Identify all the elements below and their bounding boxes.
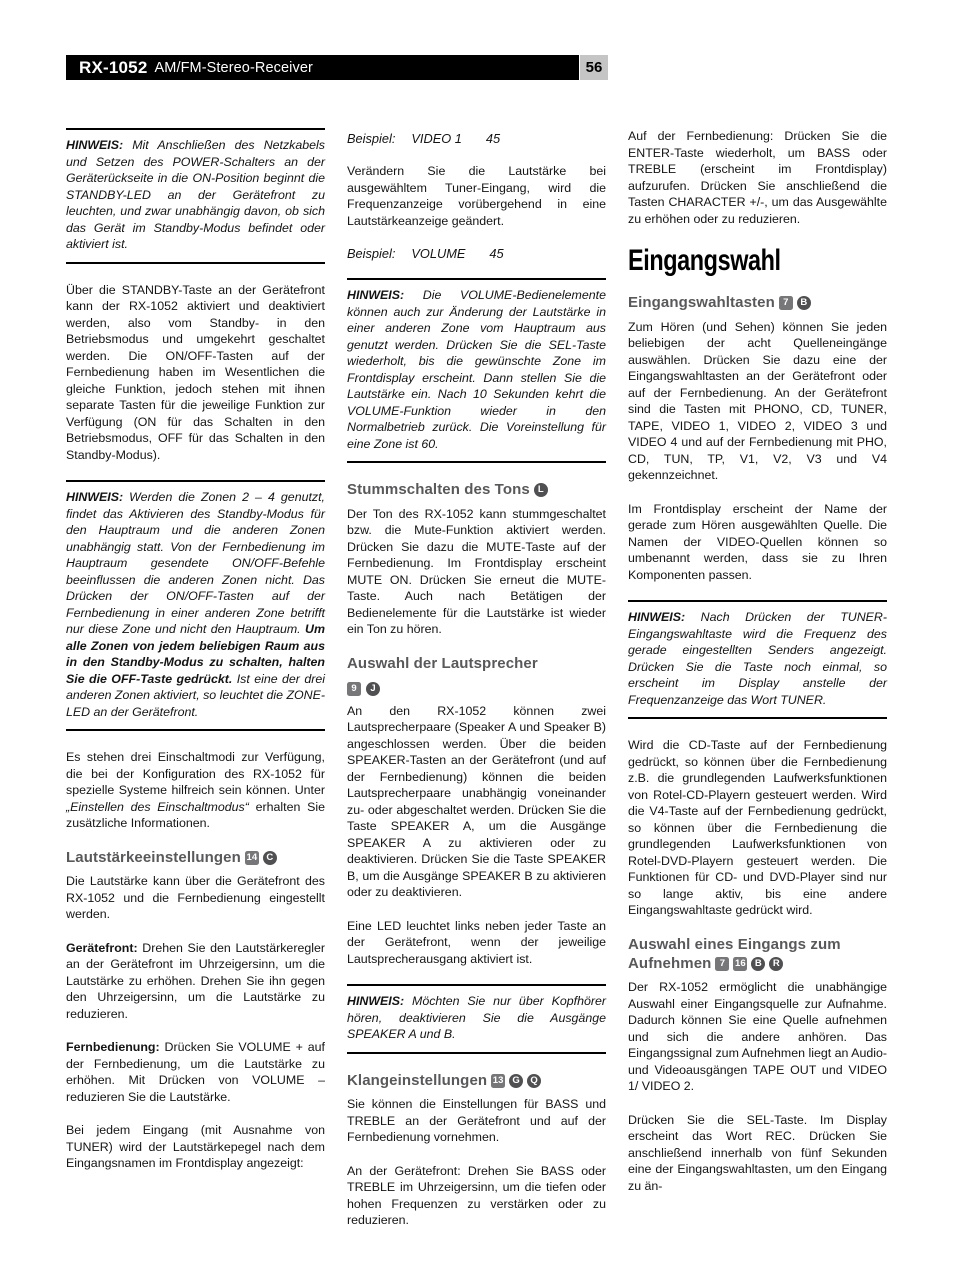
section-heading-text: Stummschalten des Tons (347, 481, 530, 498)
example-value: VOLUME (411, 246, 465, 261)
column-3: Auf der Fernbedienung: Drücken Sie die E… (628, 128, 887, 1246)
text-segment: An der Gerätefront: Drehen Sie BASS oder… (347, 1164, 606, 1228)
header-bar: RX-1052 AM/FM-Stereo-Receiver (66, 55, 579, 80)
chapter-heading: Eingangswahl (628, 244, 887, 278)
text-segment: Bei jedem Eingang (mit Ausnahme von TUNE… (66, 1123, 325, 1170)
paragraph: Sie können die Einstellungen für BASS un… (347, 1096, 606, 1146)
text-segment: Eine LED leuchtet links neben jeder Tast… (347, 919, 606, 966)
example-line: Beispiel:VOLUME45 (347, 246, 606, 261)
model-name: RX-1052 (79, 58, 148, 78)
text-segment: Gerätefront: (66, 941, 142, 955)
paragraph: An den RX-1052 können zwei Lautsprecherp… (347, 703, 606, 901)
paragraph: Bei jedem Eingang (mit Ausnahme von TUNE… (66, 1122, 325, 1172)
section-heading-text: Eingangswahltasten (628, 294, 775, 311)
text-segment: „Einstellen des Einschaltmodus“ (66, 800, 249, 814)
text-segment: Nach Drücken der TUNER-Eingangswahltaste… (628, 610, 887, 707)
hinweis-note: HINWEIS: Mit Anschließen des Netzkabels … (66, 128, 325, 264)
remote-button-badge: L (534, 483, 548, 497)
front-panel-button-badge: 7 (779, 296, 793, 310)
section-heading: Klangeinstellungen13GQ (347, 1072, 606, 1091)
example-number: 45 (489, 246, 503, 261)
section-heading-text: Auswahl der Lautsprecher (347, 655, 538, 672)
paragraph: Die Lautstärke kann über die Gerätefront… (66, 873, 325, 923)
text-segment: Die Lautstärke kann über die Gerätefront… (66, 874, 325, 921)
text-segment: Fernbedienung: (66, 1040, 165, 1054)
text-segment: HINWEIS: (628, 610, 701, 624)
text-segment: Es stehen drei Einschaltmodi zur Verfügu… (66, 750, 325, 797)
front-panel-button-badge: 16 (733, 957, 747, 971)
column-1: HINWEIS: Mit Anschließen des Netzkabels … (66, 128, 325, 1246)
paragraph: Gerätefront: Drehen Sie den Lautstärkere… (66, 940, 325, 1023)
paragraph: Wird die CD-Taste auf der Fernbedienung … (628, 737, 887, 919)
paragraph: Über die STANDBY-Taste an der Gerätefron… (66, 282, 325, 464)
text-segment: Auf der Fernbedienung: Drücken Sie die E… (628, 129, 887, 226)
example-label: Beispiel: (347, 246, 395, 261)
hinweis-note: HINWEIS: Werden die Zonen 2 – 4 genutzt,… (66, 480, 325, 731)
text-segment: Drücken Sie die SEL-Taste. Im Display er… (628, 1113, 887, 1193)
remote-button-badge: J (366, 682, 380, 696)
model-subtitle: AM/FM-Stereo-Receiver (155, 60, 313, 76)
text-segment: HINWEIS: (66, 138, 132, 152)
section-heading: Auswahl eines Eingangs zum Aufnehmen716B… (628, 936, 887, 974)
remote-button-badge: B (797, 296, 811, 310)
text-segment: Der Ton des RX-1052 kann stummgeschaltet… (347, 507, 606, 637)
page-number: 56 (580, 55, 608, 80)
text-segment: Über die STANDBY-Taste an der Gerätefron… (66, 283, 325, 462)
paragraph: Fernbedienung: Drücken Sie VOLUME + auf … (66, 1039, 325, 1105)
page-header: RX-1052 AM/FM-Stereo-Receiver 56 (66, 55, 608, 80)
paragraph: Eine LED leuchtet links neben jeder Tast… (347, 918, 606, 968)
text-segment: Der RX-1052 ermöglicht die unabhängige A… (628, 980, 887, 1093)
example-value: VIDEO 1 (411, 131, 462, 146)
paragraph: Der RX-1052 ermöglicht die unabhängige A… (628, 979, 887, 1095)
text-segment: Wird die CD-Taste auf der Fernbedienung … (628, 738, 887, 917)
hinweis-note: HINWEIS: Möchten Sie nur über Kopfhörer … (347, 984, 606, 1054)
text-segment: Mit Anschließen des Netzkabels und Setze… (66, 138, 325, 251)
column-2: Beispiel:VIDEO 145Verändern Sie die Laut… (347, 128, 606, 1246)
text-segment: Sie können die Einstellungen für BASS un… (347, 1097, 606, 1144)
section-heading: Auswahl der Lautsprecher (347, 655, 606, 674)
section-heading-text: Lautstärkeeinstellungen (66, 849, 241, 866)
paragraph: Im Frontdisplay erscheint der Name der g… (628, 501, 887, 584)
example-label: Beispiel: (347, 131, 395, 146)
remote-button-badge: Q (527, 1074, 541, 1088)
text-segment: HINWEIS: (347, 994, 412, 1008)
section-heading-text: Klangeinstellungen (347, 1072, 487, 1089)
paragraph: Verändern Sie die Lautstärke bei ausgewä… (347, 163, 606, 229)
manual-page: RX-1052 AM/FM-Stereo-Receiver 56 HINWEIS… (0, 0, 954, 1272)
section-heading: Lautstärkeeinstellungen14C (66, 849, 325, 868)
front-panel-button-badge: 7 (715, 957, 729, 971)
section-heading: Eingangswahltasten7B (628, 294, 887, 313)
example-line: Beispiel:VIDEO 145 (347, 131, 606, 146)
paragraph: Auf der Fernbedienung: Drücken Sie die E… (628, 128, 887, 227)
hinweis-note: HINWEIS: Die VOLUME-Bedienelemente könne… (347, 278, 606, 463)
hinweis-note: HINWEIS: Nach Drücken der TUNER-Eingangs… (628, 600, 887, 719)
paragraph: An der Gerätefront: Drehen Sie BASS oder… (347, 1163, 606, 1229)
text-segment: HINWEIS: (66, 490, 129, 504)
content-columns: HINWEIS: Mit Anschließen des Netzkabels … (66, 128, 888, 1246)
front-panel-button-badge: 13 (491, 1074, 505, 1088)
text-segment: HINWEIS: (347, 288, 423, 302)
text-segment: An den RX-1052 können zwei Lautsprecherp… (347, 704, 606, 900)
example-number: 45 (486, 131, 500, 146)
text-segment: Zum Hören (und Sehen) können Sie jeden b… (628, 320, 887, 483)
text-segment: Im Frontdisplay erscheint der Name der g… (628, 502, 887, 582)
badge-row: 9J (347, 680, 606, 698)
paragraph: Der Ton des RX-1052 kann stummgeschaltet… (347, 506, 606, 638)
remote-button-badge: B (751, 957, 765, 971)
paragraph: Es stehen drei Einschaltmodi zur Verfügu… (66, 749, 325, 832)
paragraph: Zum Hören (und Sehen) können Sie jeden b… (628, 319, 887, 484)
chapter-heading-text: Eingangswahl (628, 244, 781, 278)
remote-button-badge: G (509, 1074, 523, 1088)
section-heading: Stummschalten des TonsL (347, 481, 606, 500)
front-panel-button-badge: 9 (347, 682, 361, 696)
text-segment: Die VOLUME-Bedienelemente können auch zu… (347, 288, 606, 451)
paragraph: Drücken Sie die SEL-Taste. Im Display er… (628, 1112, 887, 1195)
text-segment: Verändern Sie die Lautstärke bei ausgewä… (347, 164, 606, 228)
front-panel-button-badge: 14 (245, 851, 259, 865)
text-segment: Werden die Zonen 2 – 4 genutzt, findet d… (66, 490, 325, 636)
remote-button-badge: C (263, 851, 277, 865)
remote-button-badge: R (769, 957, 783, 971)
